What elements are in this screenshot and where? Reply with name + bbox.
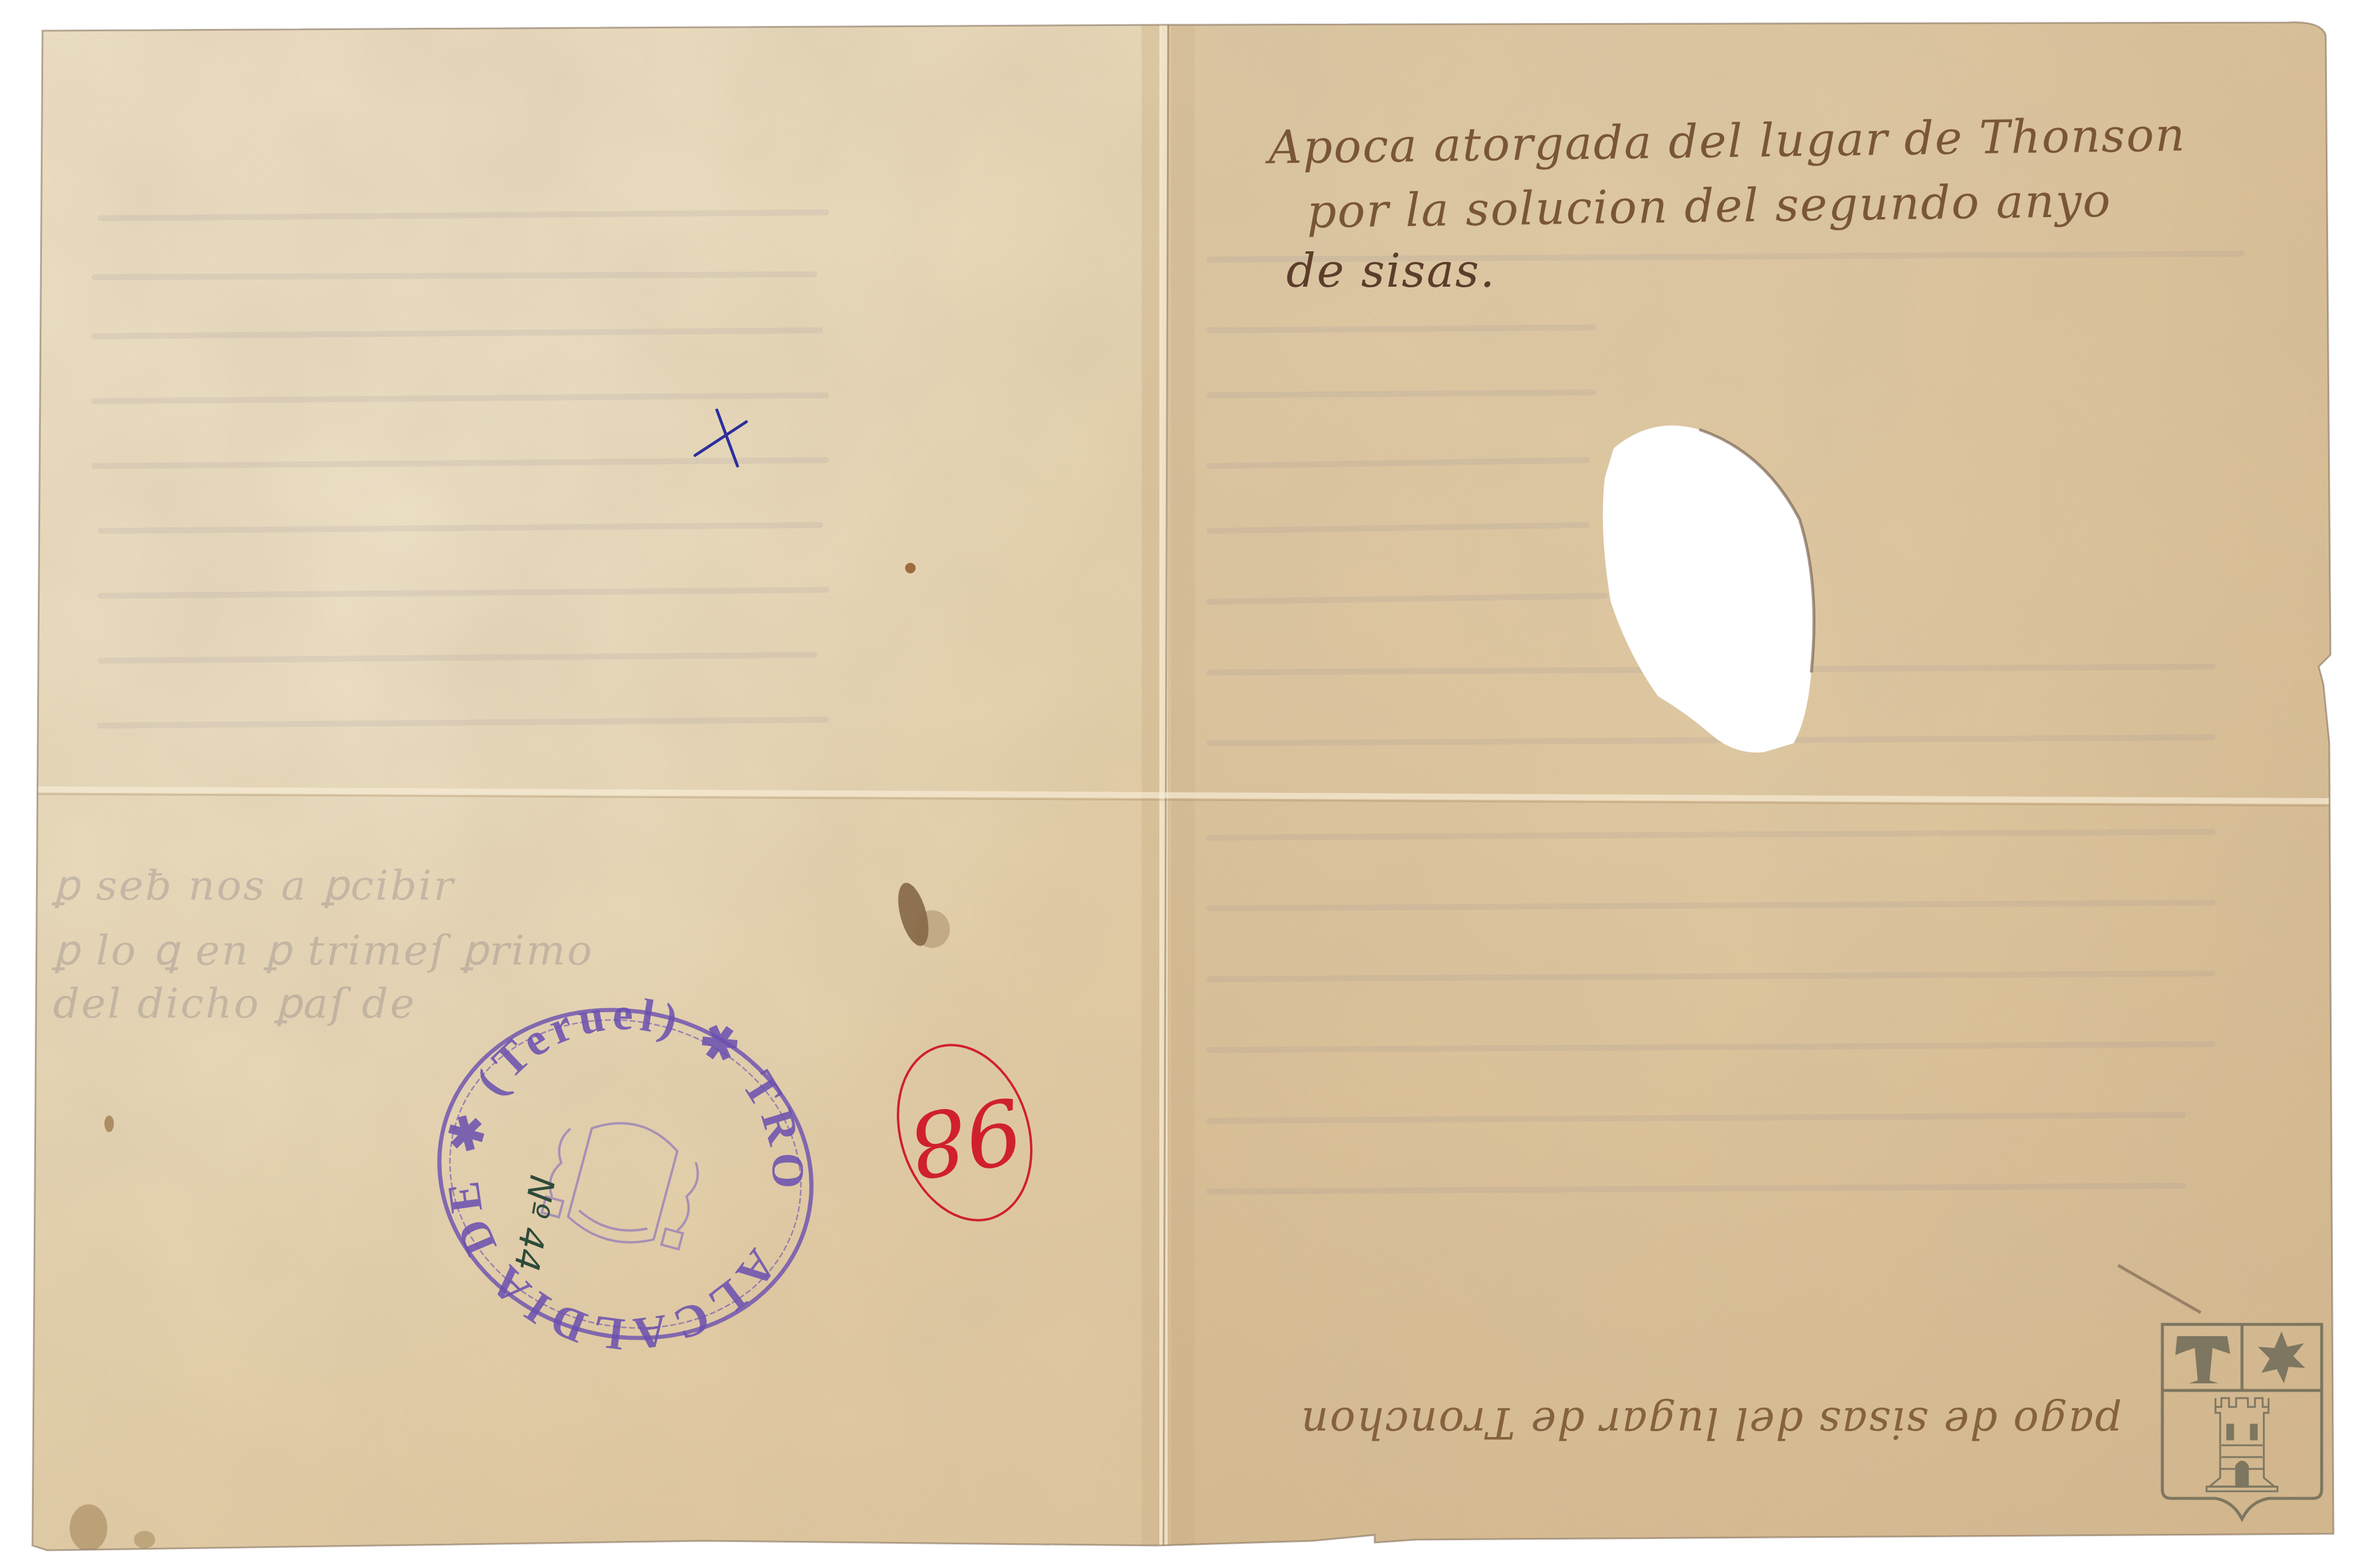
municipal-stamp: ALCALDIA DE ✱ (Teruel) ✱ TRONCHON — [425, 997, 826, 1351]
bottom-inscription: pago de sisas del lugar de Tronchon — [1268, 1398, 2153, 1448]
star-icon — [2258, 1331, 2305, 1383]
faint-text-3: del dicho ꝑaſ de — [53, 979, 416, 1028]
stamp-separator-2: ✱ — [684, 1006, 759, 1084]
faint-text-2: ꝑ lo ꝗ en ꝑ trimeſ ꝑrimo — [53, 926, 594, 975]
archive-number-value: 98 — [901, 1077, 1030, 1198]
coat-of-arms — [2156, 1318, 2328, 1531]
archive-number: 98 — [891, 1035, 1038, 1230]
tower-icon — [2207, 1398, 2277, 1491]
svg-text:ALCALDIA DE: ALCALDIA DE ✱ (Teruel) ✱ TRONCHON — [425, 997, 826, 1351]
parchment-sheet — [0, 0, 2360, 1568]
stamp-separator-1: ✱ — [437, 1102, 499, 1159]
endorsement-line-2: por la solucion del segundo anyo — [1306, 174, 2112, 238]
stamp-handwritten-number: Nº 44 — [506, 1173, 562, 1274]
faint-text-1: ꝑ seƀ nos a ꝑcibir — [53, 861, 455, 910]
stamp-central-arms-icon — [539, 1107, 707, 1258]
stamp-text-top: ALCALDIA DE — [425, 1159, 793, 1351]
tau-cross-icon — [2175, 1336, 2230, 1383]
blue-cross-mark — [690, 407, 749, 472]
endorsement-line-3: de sisas. — [1286, 245, 1496, 298]
parchment-document: Apoca atorgada del lugar de Thonson por … — [0, 0, 2360, 1568]
